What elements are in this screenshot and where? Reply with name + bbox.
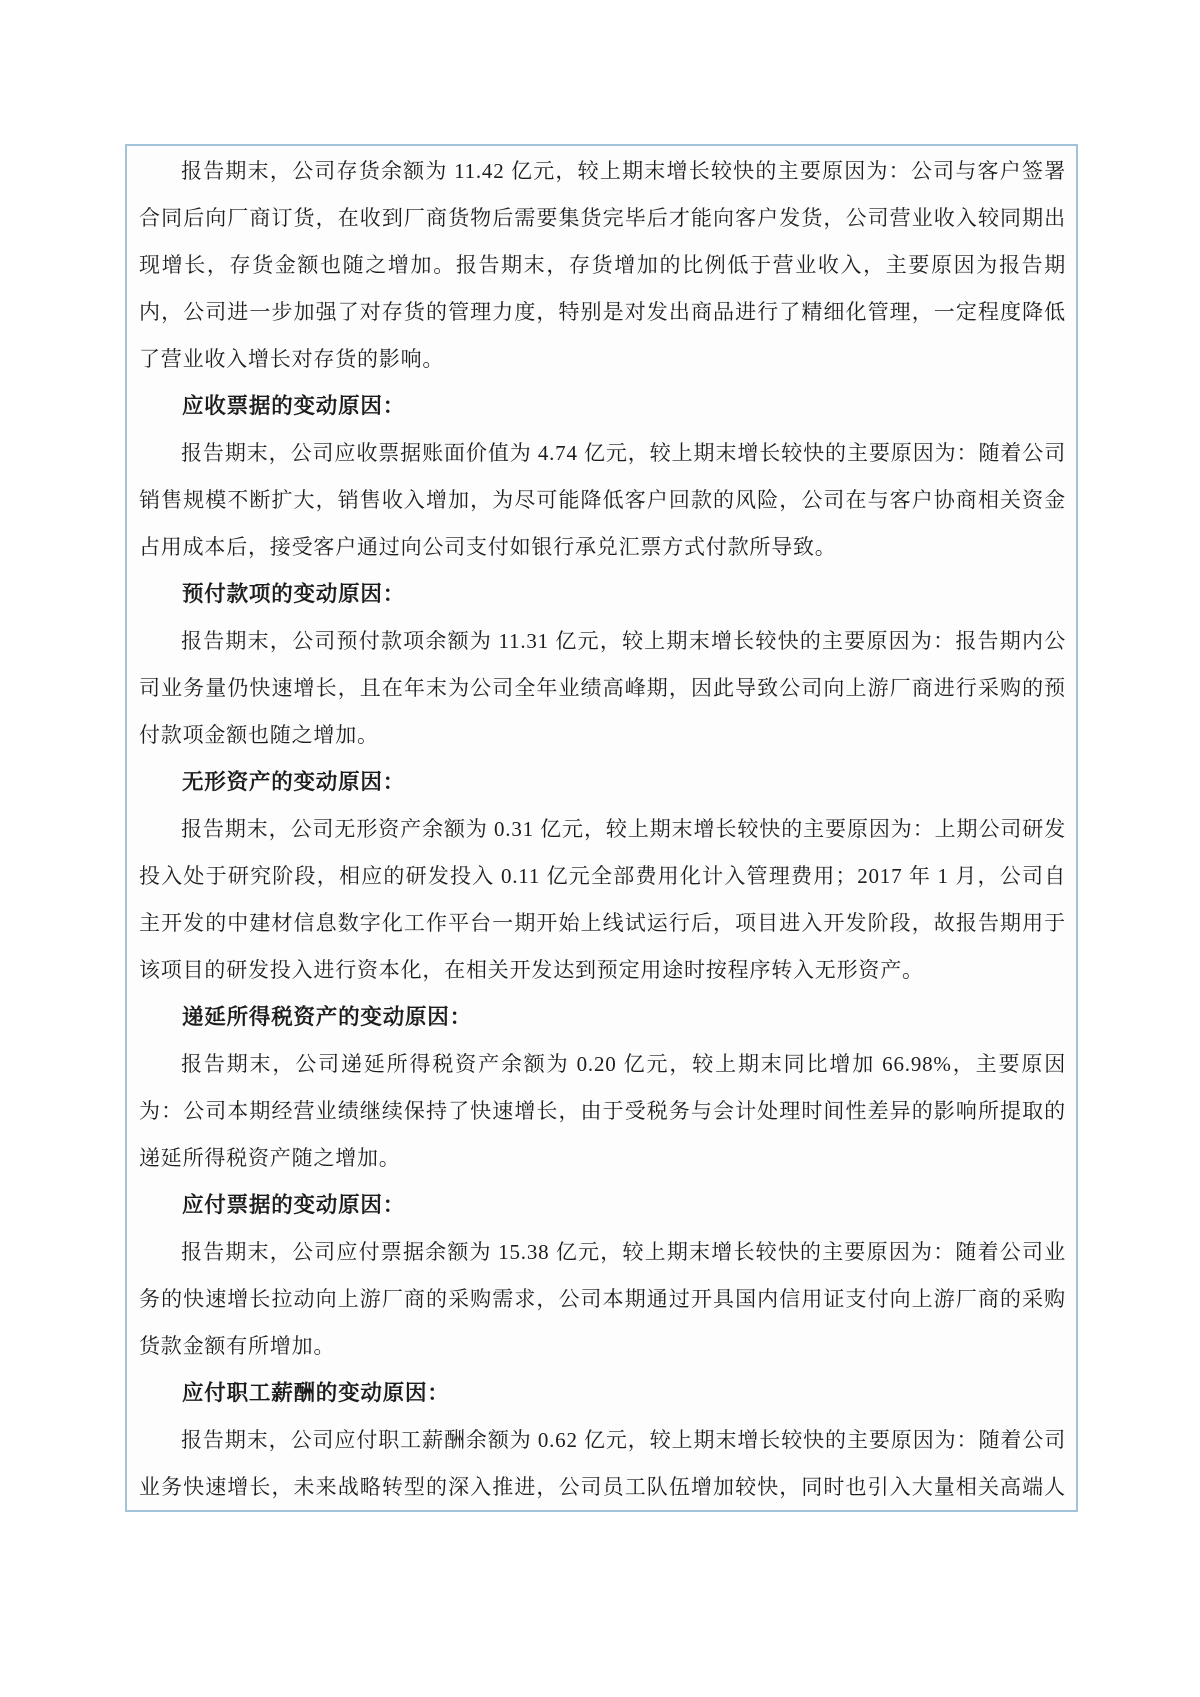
paragraph-intangible-assets-change: 报告期末，公司无形资产余额为 0.31 亿元，较上期末增长较快的主要原因为：上期… bbox=[139, 806, 1066, 994]
heading-intangible-assets-change: 无形资产的变动原因： bbox=[139, 759, 1066, 806]
heading-prepayments-change: 预付款项的变动原因： bbox=[139, 571, 1066, 618]
paragraph-prepayments-change: 报告期末，公司预付款项余额为 11.31 亿元，较上期末增长较快的主要原因为：报… bbox=[139, 618, 1066, 759]
paragraph-employee-compensation-change: 报告期末，公司应付职工薪酬余额为 0.62 亿元，较上期末增长较快的主要原因为：… bbox=[139, 1417, 1066, 1512]
report-text-box: 报告期末，公司存货余额为 11.42 亿元，较上期末增长较快的主要原因为：公司与… bbox=[125, 144, 1078, 1512]
heading-deferred-tax-assets-change: 递延所得税资产的变动原因： bbox=[139, 994, 1066, 1041]
paragraph-notes-receivable-change: 报告期末，公司应收票据账面价值为 4.74 亿元，较上期末增长较快的主要原因为：… bbox=[139, 430, 1066, 571]
paragraph-deferred-tax-assets-change: 报告期末，公司递延所得税资产余额为 0.20 亿元，较上期末同比增加 66.98… bbox=[139, 1041, 1066, 1182]
paragraph-inventory-change: 报告期末，公司存货余额为 11.42 亿元，较上期末增长较快的主要原因为：公司与… bbox=[139, 148, 1066, 383]
paragraph-notes-payable-change: 报告期末，公司应付票据余额为 15.38 亿元，较上期末增长较快的主要原因为：随… bbox=[139, 1229, 1066, 1370]
heading-employee-compensation-change: 应付职工薪酬的变动原因： bbox=[139, 1370, 1066, 1417]
heading-notes-payable-change: 应付票据的变动原因： bbox=[139, 1182, 1066, 1229]
heading-notes-receivable-change: 应收票据的变动原因： bbox=[139, 383, 1066, 430]
